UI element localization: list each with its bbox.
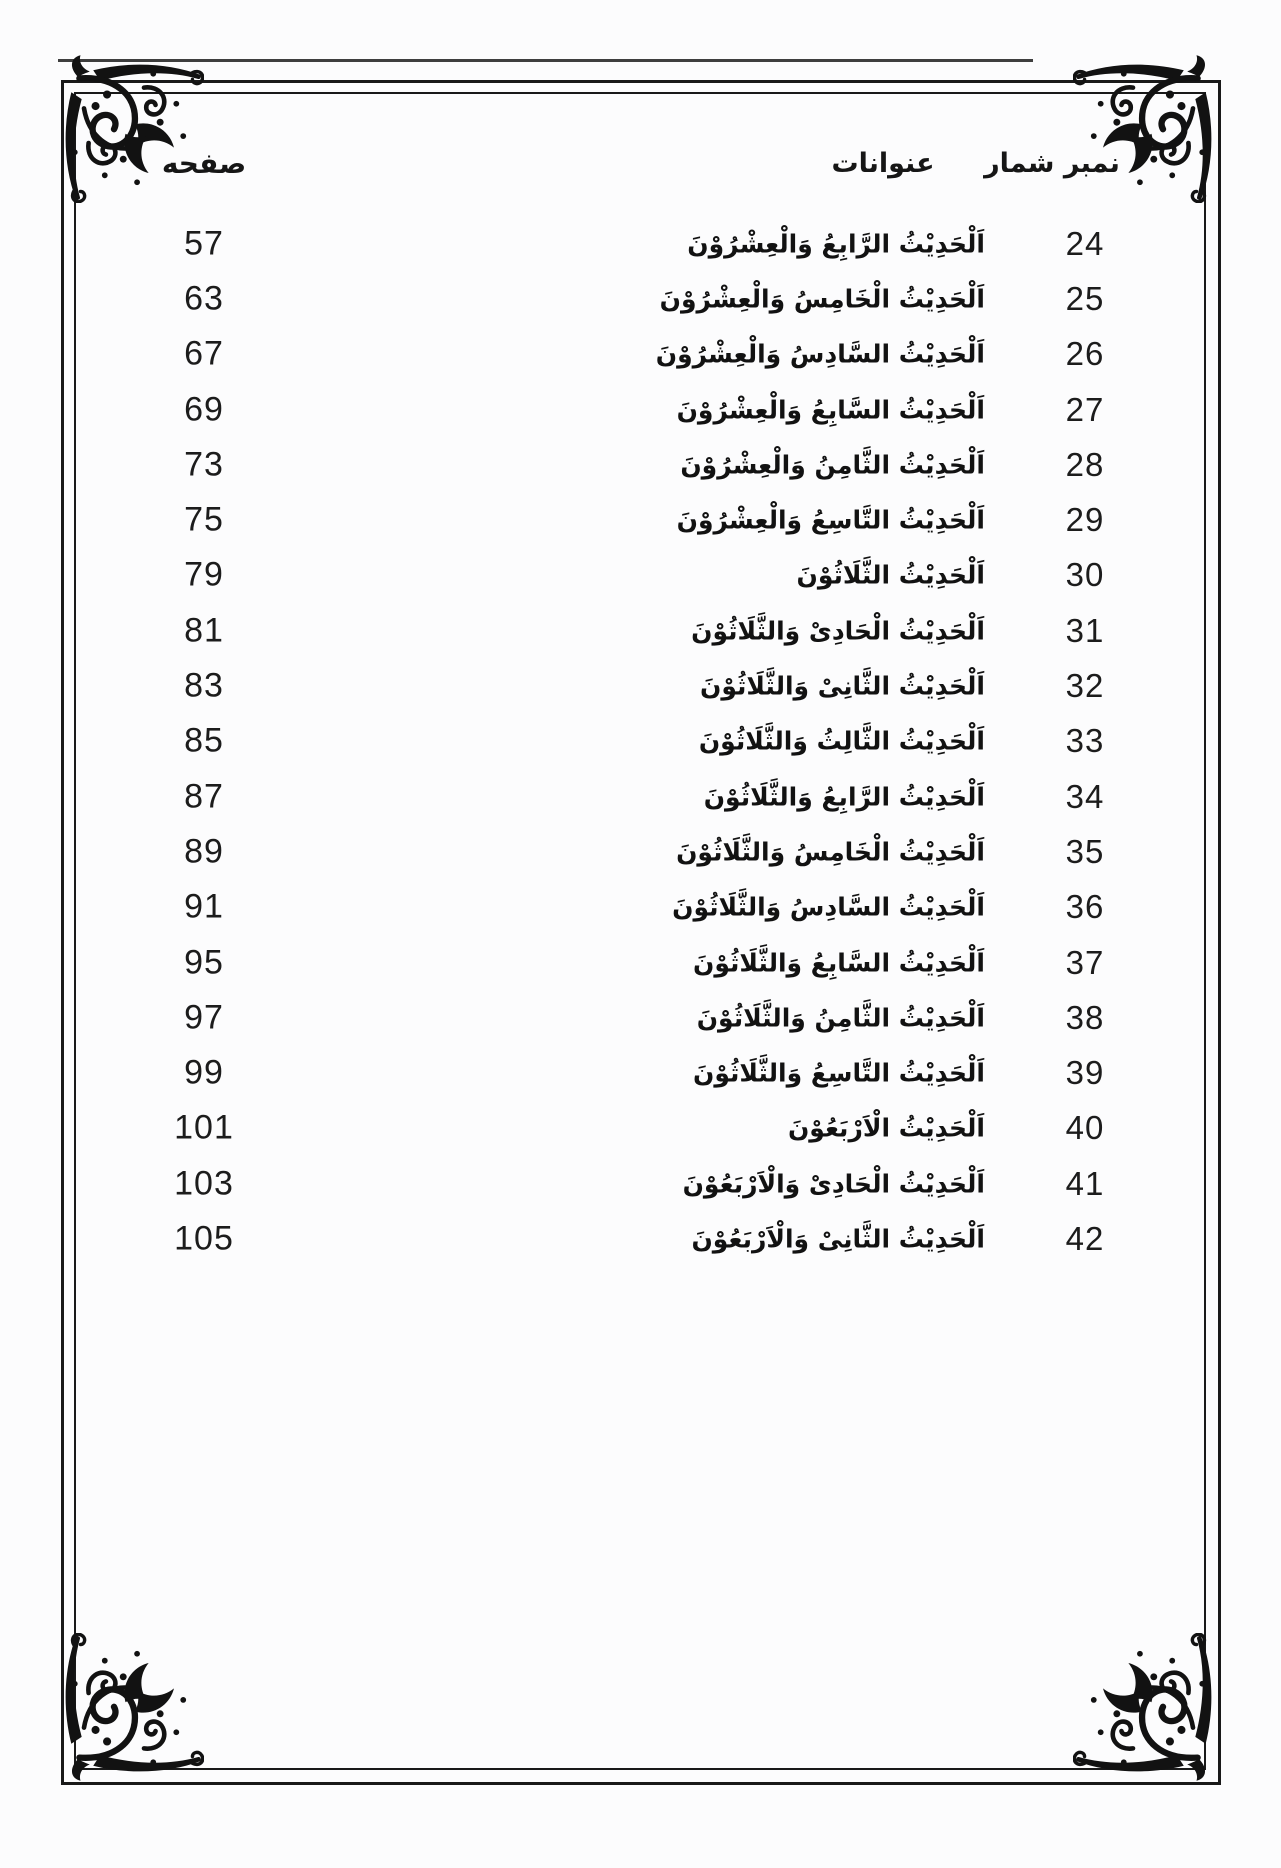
table-row: 73 اَلْحَدِيْثُ الثَّامِنُ وَالْعِشْرُوْ… (0, 437, 1281, 492)
serial-number-cell: 26 (1018, 335, 1152, 373)
page-number-cell: 105 (119, 1219, 289, 1258)
scanned-toc-page: صفحه عنوانات نمبر شمار 57 اَلْحَدِيْثُ ا… (0, 0, 1281, 1868)
table-row: 85 اَلْحَدِيْثُ الثَّالِثُ وَالثَّلَاثُو… (0, 714, 1281, 769)
serial-number-cell: 39 (1018, 1054, 1152, 1092)
hadith-title-cell: اَلْحَدِيْثُ الرَّابِعُ وَالثَّلَاثُوْنَ (704, 782, 985, 811)
hadith-title-cell: اَلْحَدِيْثُ الْخَامِسُ وَالثَّلَاثُوْنَ (676, 837, 985, 866)
hadith-title-cell: اَلْحَدِيْثُ السَّابِعُ وَالْعِشْرُوْنَ (677, 395, 985, 424)
page-number-cell: 99 (119, 1054, 289, 1093)
column-header-serial: نمبر شمار (966, 138, 1138, 190)
table-row: 75 اَلْحَدِيْثُ التَّاسِعُ وَالْعِشْرُوْ… (0, 492, 1281, 547)
page-number-cell: 85 (119, 722, 289, 761)
table-row: 67 اَلْحَدِيْثُ السَّادِسُ وَالْعِشْرُوْ… (0, 327, 1281, 382)
column-header-titles: عنوانات (794, 138, 972, 190)
hadith-title-cell: اَلْحَدِيْثُ الْخَامِسُ وَالْعِشْرُوْنَ (660, 284, 985, 313)
table-row: 79 اَلْحَدِيْثُ الثَّلَاثُوْنَ 30 (0, 548, 1281, 603)
page-number-cell: 95 (119, 943, 289, 982)
serial-number-cell: 35 (1018, 833, 1152, 871)
page-number-cell: 81 (119, 611, 289, 650)
hadith-title-cell: اَلْحَدِيْثُ السَّابِعُ وَالثَّلَاثُوْنَ (693, 948, 985, 977)
table-row: 97 اَلْحَدِيْثُ الثَّامِنُ وَالثَّلَاثُو… (0, 990, 1281, 1045)
page-number-cell: 69 (119, 390, 289, 429)
table-row: 89 اَلْحَدِيْثُ الْخَامِسُ وَالثَّلَاثُو… (0, 824, 1281, 879)
hadith-title-cell: اَلْحَدِيْثُ الْاَرْبَعُوْنَ (788, 1114, 985, 1143)
hadith-title-cell: اَلْحَدِيْثُ السَّادِسُ وَالثَّلَاثُوْنَ (672, 893, 985, 922)
corner-flourish-icon-bottom-left (54, 1633, 204, 1783)
page-edge-scan-line (58, 59, 1033, 62)
serial-number-cell: 40 (1018, 1109, 1152, 1147)
hadith-title-cell: اَلْحَدِيْثُ الثَّامِنُ وَالْعِشْرُوْنَ (680, 450, 985, 479)
serial-number-cell: 24 (1018, 225, 1152, 263)
serial-number-cell: 33 (1018, 722, 1152, 760)
page-number-cell: 91 (119, 888, 289, 927)
table-row: 81 اَلْحَدِيْثُ الْحَادِىْ وَالثَّلَاثُو… (0, 603, 1281, 658)
table-row: 101 اَلْحَدِيْثُ الْاَرْبَعُوْنَ 40 (0, 1101, 1281, 1156)
page-number-cell: 87 (119, 777, 289, 816)
serial-number-cell: 30 (1018, 556, 1152, 594)
hadith-title-cell: اَلْحَدِيْثُ الْحَادِىْ وَالثَّلَاثُوْنَ (691, 616, 985, 645)
page-number-cell: 97 (119, 998, 289, 1037)
serial-number-cell: 29 (1018, 501, 1152, 539)
hadith-title-cell: اَلْحَدِيْثُ الرَّابِعُ وَالْعِشْرُوْنَ (687, 229, 985, 258)
serial-number-cell: 42 (1018, 1220, 1152, 1258)
page-number-cell: 63 (119, 279, 289, 318)
hadith-title-cell: اَلْحَدِيْثُ التَّاسِعُ وَالْعِشْرُوْنَ (677, 506, 985, 535)
page-number-cell: 89 (119, 832, 289, 871)
page-number-cell: 67 (119, 335, 289, 374)
page-number-cell: 83 (119, 667, 289, 706)
table-row: 105 اَلْحَدِيْثُ الثَّانِىْ وَالْاَرْبَع… (0, 1211, 1281, 1266)
page-number-cell: 73 (119, 445, 289, 484)
table-row: 63 اَلْحَدِيْثُ الْخَامِسُ وَالْعِشْرُوْ… (0, 271, 1281, 326)
serial-number-cell: 25 (1018, 280, 1152, 318)
table-row: 87 اَلْحَدِيْثُ الرَّابِعُ وَالثَّلَاثُو… (0, 769, 1281, 824)
hadith-title-cell: اَلْحَدِيْثُ التَّاسِعُ وَالثَّلَاثُوْنَ (693, 1059, 985, 1088)
hadith-title-cell: اَلْحَدِيْثُ الثَّلَاثُوْنَ (796, 561, 985, 590)
serial-number-cell: 27 (1018, 391, 1152, 429)
table-row: 57 اَلْحَدِيْثُ الرَّابِعُ وَالْعِشْرُوْ… (0, 216, 1281, 271)
hadith-title-cell: اَلْحَدِيْثُ الثَّانِىْ وَالثَّلَاثُوْنَ (700, 672, 985, 701)
page-number-cell: 101 (119, 1109, 289, 1148)
serial-number-cell: 36 (1018, 888, 1152, 926)
corner-flourish-icon-bottom-right (1073, 1633, 1223, 1783)
page-number-cell: 75 (119, 501, 289, 540)
serial-number-cell: 37 (1018, 944, 1152, 982)
serial-number-cell: 41 (1018, 1165, 1152, 1203)
table-row: 103 اَلْحَدِيْثُ الْحَادِىْ وَالْاَرْبَع… (0, 1156, 1281, 1211)
serial-number-cell: 31 (1018, 612, 1152, 650)
page-number-cell: 79 (119, 556, 289, 595)
toc-table: 57 اَلْحَدِيْثُ الرَّابِعُ وَالْعِشْرُوْ… (0, 216, 1281, 1267)
page-number-cell: 57 (119, 224, 289, 263)
table-row: 83 اَلْحَدِيْثُ الثَّانِىْ وَالثَّلَاثُو… (0, 658, 1281, 713)
column-header-page: صفحه (118, 138, 290, 190)
hadith-title-cell: اَلْحَدِيْثُ الثَّالِثُ وَالثَّلَاثُوْنَ (699, 727, 985, 756)
serial-number-cell: 32 (1018, 667, 1152, 705)
hadith-title-cell: اَلْحَدِيْثُ الْحَادِىْ وَالْاَرْبَعُوْن… (683, 1169, 985, 1198)
serial-number-cell: 28 (1018, 446, 1152, 484)
serial-number-cell: 38 (1018, 999, 1152, 1037)
serial-number-cell: 34 (1018, 778, 1152, 816)
table-row: 91 اَلْحَدِيْثُ السَّادِسُ وَالثَّلَاثُو… (0, 880, 1281, 935)
table-row: 99 اَلْحَدِيْثُ التَّاسِعُ وَالثَّلَاثُو… (0, 1045, 1281, 1100)
page-number-cell: 103 (119, 1164, 289, 1203)
hadith-title-cell: اَلْحَدِيْثُ السَّادِسُ وَالْعِشْرُوْنَ (656, 340, 985, 369)
table-row: 95 اَلْحَدِيْثُ السَّابِعُ وَالثَّلَاثُو… (0, 935, 1281, 990)
hadith-title-cell: اَلْحَدِيْثُ الثَّانِىْ وَالْاَرْبَعُوْن… (691, 1224, 985, 1253)
hadith-title-cell: اَلْحَدِيْثُ الثَّامِنُ وَالثَّلَاثُوْنَ (697, 1003, 985, 1032)
table-row: 69 اَلْحَدِيْثُ السَّابِعُ وَالْعِشْرُوْ… (0, 382, 1281, 437)
